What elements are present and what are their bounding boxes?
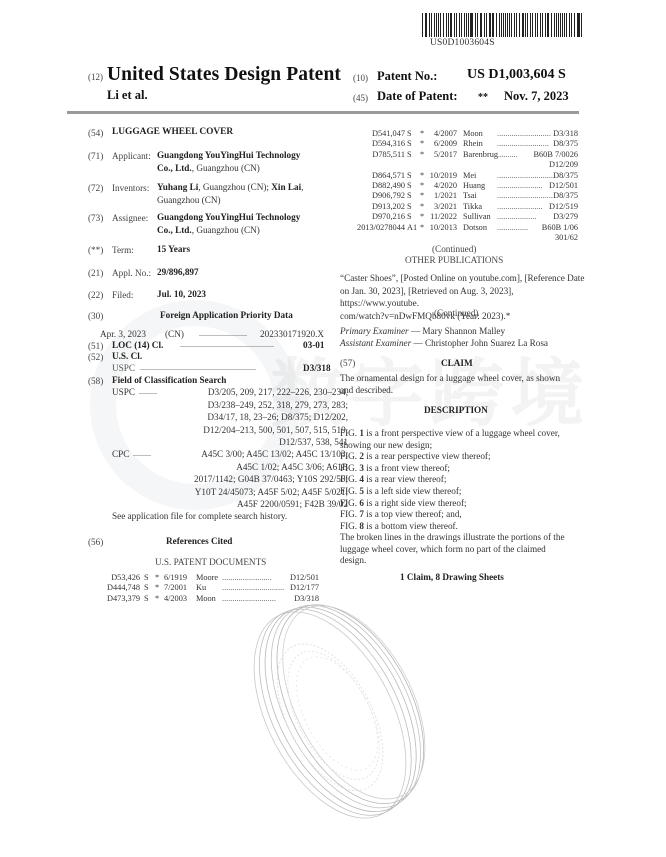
barcode-bar <box>429 13 430 37</box>
field-cpc-dots: ......... <box>133 448 151 461</box>
barcode-bar <box>530 13 531 37</box>
reference-star: * <box>420 202 424 211</box>
code-52: (52) <box>88 352 103 362</box>
field-uspc-dots: ......... <box>139 386 157 399</box>
reference-cls-2: 301/62 <box>555 233 578 242</box>
barcode-bar <box>448 13 449 37</box>
field-search-heading: Field of Classification Search <box>112 374 226 387</box>
barcode-bar <box>431 13 432 37</box>
reference-date: 1/2021 <box>434 191 457 200</box>
reference-kind: S <box>407 139 412 148</box>
reference-date: 3/2021 <box>434 202 457 211</box>
figure-description: FIG. 8 is a bottom view thereof. <box>340 521 590 533</box>
appl-no-label: Appl. No.: <box>112 268 151 278</box>
reference-dots: ......................... <box>497 139 549 148</box>
reference-star: * <box>420 191 424 200</box>
inventor-2-location: Guangzhou (CN) <box>157 195 221 205</box>
reference-kind: S <box>407 191 412 200</box>
reference-dots: .......... <box>497 150 518 159</box>
reference-name: Barenbrug <box>463 150 498 159</box>
date-of-patent: Nov. 7, 2023 <box>504 89 569 104</box>
reference-star: * <box>420 150 424 159</box>
reference-cls: D12/177 <box>290 583 319 592</box>
text-line: A45C 1/02; A45C 3/06; A61B <box>150 461 348 474</box>
barcode-bar <box>468 13 469 37</box>
reference-kind: S <box>407 150 412 159</box>
figure-descriptions: FIG. 1 is a front perspective view of a … <box>340 428 590 532</box>
reference-name: Ku <box>196 583 206 592</box>
barcode-bar <box>454 13 455 37</box>
text-line: “Caster Shoes”, [Posted Online on youtub… <box>340 272 590 285</box>
inventors-label: Inventors: <box>112 183 149 193</box>
code-21: (21) <box>88 268 103 278</box>
barcode-bar <box>542 13 543 37</box>
text-line: 2017/1142; G04B 37/0463; Y10S 292/50; <box>150 473 348 486</box>
figure-description: FIG. 2 is a rear perspective view thereo… <box>340 451 590 463</box>
figure-description: FIG. 6 is a right side view thereof; <box>340 498 590 510</box>
barcode-bar <box>434 13 435 37</box>
reference-dots: .......................... <box>497 129 551 138</box>
uspc-dots: ........................................… <box>140 362 256 375</box>
term-label: Term: <box>112 245 134 255</box>
reference-star: * <box>420 181 424 190</box>
reference-name: Sullivan <box>463 212 491 221</box>
reference-name: Rhein <box>463 139 483 148</box>
barcode-bar <box>484 13 485 37</box>
reference-cls: B60B 7/0026 <box>534 150 579 159</box>
assistant-examiner-label: Assistant Examiner <box>340 338 411 348</box>
text-line: Y10T 24/45073; A45F 5/02; A45F 5/021; <box>150 486 348 499</box>
uspc-value: D3/318 <box>303 362 331 375</box>
applicant-name: Guangdong YouYingHui Technology <box>157 150 300 160</box>
field-uspc-label: USPC <box>112 386 135 399</box>
reference-cls-2: D12/209 <box>549 160 578 169</box>
barcode-bar <box>577 13 578 37</box>
reference-name: Moon <box>196 594 216 603</box>
appl-no-value: 29/896,897 <box>157 266 199 279</box>
reference-star: * <box>420 139 424 148</box>
barcode-bar <box>461 13 462 37</box>
code-10: (10) <box>353 73 368 83</box>
barcode-bar <box>489 13 490 37</box>
broken-lines-note: The broken lines in the drawings illustr… <box>340 532 580 567</box>
code-58: (58) <box>88 376 103 386</box>
inventors-value: Yuhang Li, Guangzhou (CN); Xin Lai, Guan… <box>157 181 303 206</box>
barcode-bar <box>566 13 567 37</box>
reference-kind: S <box>407 212 412 221</box>
reference-star: * <box>155 573 159 582</box>
barcode-bar <box>446 13 447 37</box>
barcode-bar <box>493 13 494 37</box>
barcode-bar <box>532 13 533 37</box>
primary-examiner: Primary Examiner — Mary Shannon Malley <box>340 325 505 338</box>
reference-kind: A1 <box>407 223 417 232</box>
applicant-label: Applicant: <box>112 151 151 161</box>
inventors-short: Li et al. <box>107 88 148 103</box>
reference-number: D864,571 <box>372 171 405 180</box>
code-71: (71) <box>88 151 103 161</box>
text-line: A45C 3/00; A45C 13/02; A45C 13/103; <box>150 448 348 461</box>
luggage-wheel-cover-drawing-icon <box>225 595 435 835</box>
reference-number: D444,748 <box>107 583 140 592</box>
barcode-bar <box>537 13 538 37</box>
text-line: luggage wheel cover, which form no part … <box>340 544 580 556</box>
barcode-bar <box>450 13 451 37</box>
barcode-bar <box>556 13 557 37</box>
reference-name: Dotson <box>463 223 487 232</box>
reference-dots: ........................... <box>497 191 553 200</box>
search-history-note: See application file for complete search… <box>112 510 287 523</box>
filed-label: Filed: <box>112 290 133 300</box>
barcode-bar <box>496 13 497 37</box>
barcode-bar <box>509 13 510 37</box>
assignee-label: Assignee: <box>112 213 148 223</box>
reference-kind: S <box>144 583 149 592</box>
us-patent-docs-heading: U.S. PATENT DOCUMENTS <box>155 556 266 569</box>
reference-cls: D12/501 <box>290 573 319 582</box>
barcode-bar <box>481 13 482 37</box>
reference-date: 5/2017 <box>434 150 457 159</box>
text-line: D3/205, 209, 217, 222–226, 230–234, <box>160 386 348 399</box>
reference-name: Moon <box>463 129 483 138</box>
reference-date: 10/2019 <box>430 171 457 180</box>
reference-name: Tsai <box>463 191 477 200</box>
references-heading: References Cited <box>166 535 232 548</box>
code-57: (57) <box>340 357 355 370</box>
barcode-bar <box>514 13 515 37</box>
reference-cls: D8/375 <box>553 139 578 148</box>
barcode-bar <box>523 13 524 37</box>
text-line: D3/238–249, 252, 318, 279, 273, 283; <box>160 399 348 412</box>
figure-description: showing our new design; <box>340 440 590 452</box>
barcode-bar <box>486 13 487 37</box>
text-line: D34/17, 18, 23–26; D8/375; D12/202, <box>160 411 348 424</box>
applicant-value: Guangdong YouYingHui Technology Co., Ltd… <box>157 149 300 174</box>
assignee-location: , Guangzhou (CN) <box>192 225 260 235</box>
assignee-value: Guangdong YouYingHui Technology Co., Ltd… <box>157 211 300 236</box>
text-line: The ornamental design for a luggage whee… <box>340 373 590 385</box>
reference-dots: .............................. <box>222 583 284 592</box>
inventor-2-suffix: , <box>301 182 303 192</box>
figure-description: FIG. 7 is a top view thereof; and, <box>340 509 590 521</box>
term-value: 15 Years <box>157 243 190 256</box>
barcode-bar <box>540 13 541 37</box>
reference-date: 4/2003 <box>164 594 187 603</box>
text-line: and described. <box>340 385 590 397</box>
code-30: (30) <box>88 311 103 321</box>
barcode-bar <box>578 13 579 37</box>
code-51: (51) <box>88 341 103 351</box>
barcode-bar <box>471 13 472 37</box>
barcode-bar <box>527 13 528 37</box>
barcode-bar <box>551 13 552 37</box>
barcode-bar <box>516 13 517 37</box>
barcode-bar <box>456 13 457 37</box>
reference-name: Tikka <box>463 202 482 211</box>
barcode-bar <box>440 13 441 37</box>
assignee-name-2: Co., Ltd. <box>157 225 192 235</box>
code-45: (45) <box>353 93 368 103</box>
date-of-patent-label: Date of Patent: <box>377 89 458 104</box>
design-title: LUGGAGE WHEEL COVER <box>112 126 233 139</box>
assignee-name: Guangdong YouYingHui Technology <box>157 212 300 222</box>
barcode-bar <box>505 13 506 37</box>
figure-description: FIG. 1 is a front perspective view of a … <box>340 428 590 440</box>
reference-date: 4/2007 <box>434 129 457 138</box>
reference-number: D594,316 <box>372 139 405 148</box>
description-heading: DESCRIPTION <box>424 404 488 417</box>
reference-cls: B60B 1/06 <box>542 223 578 232</box>
reference-cls: D12/519 <box>549 202 578 211</box>
code-72: (72) <box>88 183 103 193</box>
patent-number-label: Patent No.: <box>377 69 437 84</box>
field-cpc-label: CPC <box>112 448 129 461</box>
reference-kind: S <box>407 181 412 190</box>
loc-value: 03-01 <box>303 339 324 352</box>
reference-dots: ............................ <box>497 171 555 180</box>
reference-number: D913,202 <box>372 202 405 211</box>
code-22: (22) <box>88 290 103 300</box>
barcode-bar <box>548 13 549 37</box>
reference-star: * <box>420 129 424 138</box>
barcode-bar <box>558 13 559 37</box>
text-line: design. <box>340 555 580 567</box>
barcode-bar <box>422 13 423 37</box>
filed-value: Jul. 10, 2023 <box>157 288 206 301</box>
barcode-bar <box>459 13 460 37</box>
applicant-name-2: Co., Ltd. <box>157 163 192 173</box>
barcode-bar <box>438 13 439 37</box>
loc-dots: ........................................… <box>180 339 274 352</box>
reference-name: Mei <box>463 171 476 180</box>
inventor-1-location: , Guangzhou (CN); <box>198 182 271 192</box>
figure-description: FIG. 4 is a rear view thereof; <box>340 474 590 486</box>
reference-cls: D3/318 <box>553 129 578 138</box>
reference-date: 10/2013 <box>430 223 457 232</box>
barcode-bar <box>466 13 467 37</box>
reference-kind: S <box>144 573 149 582</box>
us-cl-label: U.S. Cl. <box>112 350 142 363</box>
reference-number: D541,047 <box>372 129 405 138</box>
barcode-bar <box>477 13 478 37</box>
field-cpc-classes: A45C 3/00; A45C 13/02; A45C 13/103;A45C … <box>150 448 348 511</box>
reference-number: D473,379 <box>107 594 140 603</box>
text-line: D12/537, 538, 541 <box>160 436 348 449</box>
reference-cls: D3/279 <box>553 212 578 221</box>
barcode-bar <box>571 13 572 37</box>
text-line: A45F 2200/0591; F42B 39/02 <box>150 498 348 511</box>
barcode-bar <box>564 13 565 37</box>
reference-star: * <box>420 223 424 232</box>
reference-dots: ...................... <box>497 181 543 190</box>
reference-cls: D8/375 <box>553 191 578 200</box>
claim-text: The ornamental design for a luggage whee… <box>340 373 590 396</box>
reference-date: 6/1919 <box>164 573 187 582</box>
barcode-bar <box>426 13 427 37</box>
header-divider <box>67 111 579 114</box>
figure-description: FIG. 5 is a left side view thereof; <box>340 486 590 498</box>
barcode-number: US0D1003604S <box>430 38 495 48</box>
reference-dots: ........................ <box>222 573 272 582</box>
claims-summary: 1 Claim, 8 Drawing Sheets <box>400 571 504 584</box>
field-uspc-classes: D3/205, 209, 217, 222–226, 230–234,D3/23… <box>160 386 348 449</box>
text-line: on Jan. 30, 2023], [Retrieved on Aug. 3,… <box>340 285 590 310</box>
reference-star: * <box>155 583 159 592</box>
code-56: (56) <box>88 537 103 547</box>
barcode-bar <box>560 13 561 37</box>
reference-number: D970,216 <box>372 212 405 221</box>
reference-star: * <box>155 594 159 603</box>
reference-kind: S <box>407 171 412 180</box>
reference-number: D906,792 <box>372 191 405 200</box>
date-marker: ** <box>478 92 488 103</box>
reference-number: D882,490 <box>372 181 405 190</box>
reference-kind: S <box>407 129 412 138</box>
barcode-bar <box>522 13 523 37</box>
primary-examiner-name: — Mary Shannon Malley <box>411 326 505 336</box>
barcode-bar <box>501 13 502 37</box>
applicant-location: , Guangzhou (CN) <box>192 163 260 173</box>
uspc-label: USPC <box>112 362 135 375</box>
inventor-1: Yuhang Li <box>157 182 198 192</box>
barcode-bar <box>475 13 476 37</box>
reference-date: 6/2009 <box>434 139 457 148</box>
reference-cls: D12/501 <box>549 181 578 190</box>
barcode-bar <box>503 13 504 37</box>
code-12: (12) <box>88 72 103 82</box>
reference-number: D53,426 <box>111 573 140 582</box>
reference-star: * <box>420 212 424 221</box>
reference-number: 2013/0278044 <box>357 223 405 232</box>
code-term: (**) <box>88 245 103 255</box>
reference-date: 11/2022 <box>430 212 457 221</box>
text-line: D12/204–213, 500, 501, 507, 515, 519, <box>160 424 348 437</box>
reference-star: * <box>420 171 424 180</box>
reference-name: Moore <box>196 573 218 582</box>
assistant-examiner: Assistant Examiner — Christopher John Su… <box>340 337 548 350</box>
reference-name: Huang <box>463 181 485 190</box>
reference-kind: S <box>144 594 149 603</box>
barcode-bar <box>545 13 546 37</box>
reference-date: 4/2020 <box>434 181 457 190</box>
barcode-bar <box>569 13 570 37</box>
claim-heading: CLAIM <box>441 357 473 370</box>
code-73: (73) <box>88 213 103 223</box>
barcode-bar <box>511 13 512 37</box>
barcode <box>422 13 582 37</box>
reference-dots: ............... <box>497 223 528 232</box>
patent-number: US D1,003,604 S <box>467 67 566 83</box>
reference-dots: ................... <box>497 212 536 221</box>
continued-label-2: (Continued) <box>434 307 478 320</box>
document-title: United States Design Patent <box>107 64 341 86</box>
reference-kind: S <box>407 202 412 211</box>
code-54: (54) <box>88 128 103 138</box>
figure-description: FIG. 3 is a front view thereof; <box>340 463 590 475</box>
reference-number: D785,511 <box>372 150 405 159</box>
priority-heading: Foreign Application Priority Data <box>160 309 293 322</box>
primary-examiner-label: Primary Examiner <box>340 326 409 336</box>
text-line: The broken lines in the drawings illustr… <box>340 532 580 544</box>
reference-cls: D8/375 <box>553 171 578 180</box>
assistant-examiner-name: — Christopher John Suarez La Rosa <box>414 338 548 348</box>
other-publications-heading: OTHER PUBLICATIONS <box>405 254 503 267</box>
reference-dots: ...................... <box>497 202 543 211</box>
inventor-2: Xin Lai <box>271 182 301 192</box>
reference-date: 7/2001 <box>164 583 187 592</box>
